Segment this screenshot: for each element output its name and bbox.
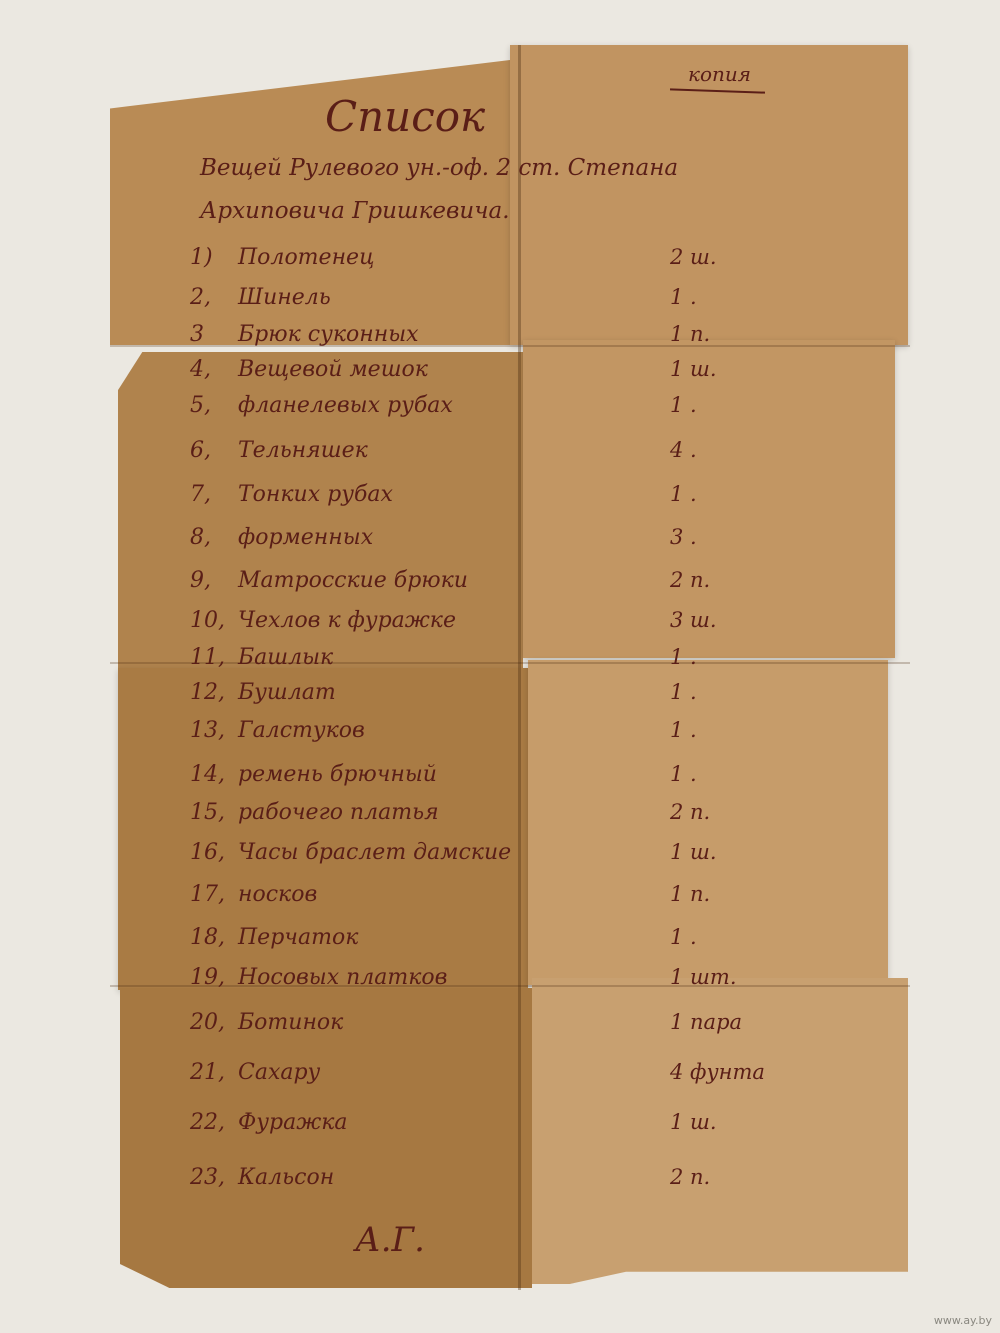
item-quantity: 1 ш. [670, 357, 717, 381]
document-subtitle-line-2: Архиповича Гришкевича. [200, 198, 510, 224]
list-item: 18,Перчаток1 . [190, 925, 910, 963]
item-name: Кальсон [238, 1165, 334, 1190]
item-name: Сахару [238, 1060, 320, 1085]
item-number: 23, [190, 1165, 225, 1190]
list-item: 15,рабочего платья2 п. [190, 800, 910, 838]
list-item: 16,Часы браслет дамские1 ш. [190, 840, 910, 878]
item-number: 6, [190, 438, 211, 463]
item-number: 3 [190, 322, 204, 347]
item-name: Тонких рубах [238, 482, 393, 507]
copy-note: копия [688, 62, 751, 86]
list-item: 5,фланелевых рубах1 . [190, 393, 910, 431]
item-quantity: 2 п. [670, 800, 710, 824]
item-number: 9, [190, 568, 211, 593]
item-number: 11, [190, 645, 225, 670]
item-quantity: 4 . [670, 438, 697, 462]
list-item: 17,носков1 п. [190, 882, 910, 920]
item-name: Башлык [238, 645, 333, 670]
item-name: Бушлат [238, 680, 336, 705]
item-number: 13, [190, 718, 225, 743]
item-name: Вещевой мешок [238, 357, 428, 382]
list-item: 20,Ботинок1 пара [190, 1010, 910, 1048]
item-number: 20, [190, 1010, 225, 1035]
document-subtitle-line-1: Вещей Рулевого ун.-оф. 2 ст. Степана [200, 155, 678, 181]
item-quantity: 1 ш. [670, 1110, 717, 1134]
item-name: Брюк суконных [238, 322, 419, 347]
list-item: 13,Галстуков1 . [190, 718, 910, 756]
item-name: Чехлов к фуражке [238, 608, 456, 633]
item-quantity: 1 шт. [670, 965, 737, 989]
item-quantity: 1 . [670, 762, 697, 786]
item-name: рабочего платья [238, 800, 439, 825]
item-quantity: 1 . [670, 645, 697, 669]
item-quantity: 1 п. [670, 322, 710, 346]
list-item: 10,Чехлов к фуражке3 ш. [190, 608, 910, 646]
list-item: 9,Матросские брюки2 п. [190, 568, 910, 606]
signature: А.Г. [355, 1220, 425, 1260]
item-number: 19, [190, 965, 225, 990]
list-item: 21,Сахару4 фунта [190, 1060, 910, 1098]
item-number: 2, [190, 285, 211, 310]
item-number: 10, [190, 608, 225, 633]
list-item: 3Брюк суконных1 п. [190, 322, 910, 360]
list-item: 12,Бушлат1 . [190, 680, 910, 718]
item-name: Носовых платков [238, 965, 447, 990]
item-name: Часы браслет дамские [238, 840, 511, 865]
item-quantity: 1 . [670, 285, 697, 309]
item-number: 8, [190, 525, 211, 550]
item-quantity: 4 фунта [670, 1060, 765, 1084]
list-item: 4,Вещевой мешок1 ш. [190, 357, 910, 395]
item-number: 7, [190, 482, 211, 507]
item-name: Фуражка [238, 1110, 347, 1135]
item-name: Галстуков [238, 718, 365, 743]
list-item: 22,Фуражка1 ш. [190, 1110, 910, 1148]
item-quantity: 1 . [670, 718, 697, 742]
list-item: 11,Башлык1 . [190, 645, 910, 683]
list-item: 8,форменных3 . [190, 525, 910, 563]
watermark: www.ay.by [934, 1314, 992, 1327]
list-item: 14,ремень брючный1 . [190, 762, 910, 800]
item-name: Ботинок [238, 1010, 343, 1035]
item-quantity: 3 . [670, 525, 697, 549]
item-quantity: 1 . [670, 482, 697, 506]
item-name: носков [238, 882, 317, 907]
item-quantity: 2 п. [670, 1165, 710, 1189]
list-item: 2,Шинель1 . [190, 285, 910, 323]
item-number: 4, [190, 357, 211, 382]
item-number: 18, [190, 925, 225, 950]
item-name: фланелевых рубах [238, 393, 453, 418]
item-number: 12, [190, 680, 225, 705]
list-item: 6,Тельняшек4 . [190, 438, 910, 476]
item-quantity: 1 ш. [670, 840, 717, 864]
list-item: 1)Полотенец2 ш. [190, 245, 910, 283]
list-item: 23,Кальсон2 п. [190, 1165, 910, 1203]
item-quantity: 1 . [670, 680, 697, 704]
item-number: 17, [190, 882, 225, 907]
item-number: 14, [190, 762, 225, 787]
document-title: Список [325, 92, 485, 141]
item-quantity: 1 . [670, 393, 697, 417]
item-number: 16, [190, 840, 225, 865]
item-number: 21, [190, 1060, 225, 1085]
item-number: 5, [190, 393, 211, 418]
item-number: 15, [190, 800, 225, 825]
item-name: Матросские брюки [238, 568, 468, 593]
item-name: ремень брючный [238, 762, 437, 787]
item-name: Перчаток [238, 925, 358, 950]
item-quantity: 1 пара [670, 1010, 742, 1034]
item-quantity: 1 п. [670, 882, 710, 906]
item-number: 22, [190, 1110, 225, 1135]
item-quantity: 2 ш. [670, 245, 717, 269]
item-name: Шинель [238, 285, 331, 310]
item-name: форменных [238, 525, 373, 550]
item-quantity: 2 п. [670, 568, 710, 592]
list-item: 19,Носовых платков1 шт. [190, 965, 910, 1003]
item-quantity: 1 . [670, 925, 697, 949]
item-name: Тельняшек [238, 438, 368, 463]
item-name: Полотенец [238, 245, 374, 270]
item-quantity: 3 ш. [670, 608, 717, 632]
item-number: 1) [190, 245, 213, 270]
list-item: 7,Тонких рубах1 . [190, 482, 910, 520]
